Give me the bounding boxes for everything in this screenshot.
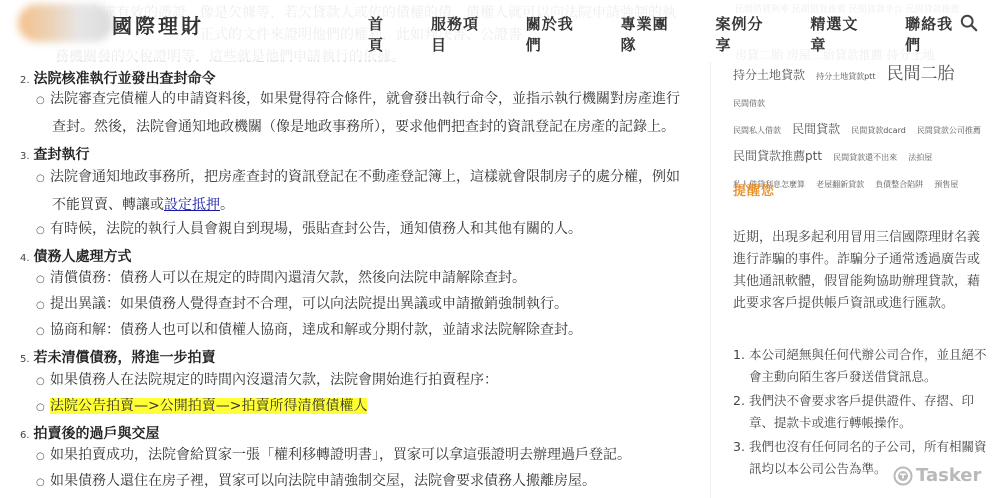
tag-link[interactable]: 民間貸款dcard [851,126,906,135]
bullet-icon: ○ [36,470,50,496]
tag-link[interactable]: 法拍屋 [908,153,932,162]
nav-home[interactable]: 首頁 [368,13,400,55]
watermark: Tasker [893,465,981,486]
tag-link[interactable]: 負債整合陷阱 [875,180,923,189]
bullet-icon: ○ [36,369,50,395]
nav-cases[interactable]: 案例分享 [715,13,779,55]
article-content: 2.法院核准執行並發出查封命令 ○法院審查完債權人的申請資料後，如果覺得符合條件… [0,62,705,498]
sidebar-tag-cloud: 持分土地貸款 持分土地貸款ptt 民間二胎 民間借款 民間私人借款 民間貸款 民… [733,62,993,197]
list-item: ○清償債務：債務人可以在規定的時間內還清欠款，然後向法院申請解除查封。 [36,265,686,293]
bullet-icon: ○ [36,395,50,421]
nav-articles[interactable]: 精選文章 [810,13,874,55]
section-heading: 4.債務人處理方式 [20,246,132,266]
list-item: ○如果債務人還住在房子裡，買家可以向法院申請強制交屋，法院會要求債務人搬離房屋。 [36,468,686,496]
list-item: ○法院公告拍賣—>公開拍賣—>拍賣所得清償債權人 [36,393,686,421]
bullet-icon: ○ [36,267,50,293]
section-title: 若未清償債務，將進一步拍賣 [34,347,216,367]
bullet-icon: ○ [36,293,50,319]
bullet-icon: ○ [36,166,50,192]
list-item: ○有時候，法院的執行人員會親自到現場，張貼查封公告，通知債務人和其他有關的人。 [36,216,686,244]
list-item: ○法院會通知地政事務所，把房產查封的資訊登記在不動產登記簿上，這樣就會限制房子的… [36,164,686,218]
section-heading: 3.查封執行 [20,144,90,164]
reminder-body: 近期，出現多起利用冒用三信國際理財名義進行詐騙的事件。詐騙分子通常透過廣告或其他… [733,227,983,315]
tag-link[interactable]: 持分土地貸款 [733,68,805,82]
main-nav: 首頁 服務項目 關於我們 專業團隊 案例分享 精選文章 聯絡我們 [368,13,1000,55]
brand-name[interactable]: 國際理財 [112,10,204,39]
section-title: 法院核准執行並發出查封命令 [34,68,216,88]
mortgage-link[interactable]: 設定抵押 [164,197,220,213]
reminder-item: 2.我們決不會要求客戶提供證件、存摺、印章、提款卡或進行轉帳操作。 [733,390,988,434]
list-item: ○如果債務人在法院規定的時間內沒還清欠款，法院會開始進行拍賣程序： [36,367,686,395]
logo-image[interactable] [18,4,113,42]
nav-services[interactable]: 服務項目 [431,13,495,55]
section-heading: 2.法院核准執行並發出查封命令 [20,68,216,88]
list-item: ○如果拍賣成功，法院會給買家一張「權利移轉證明書」，買家可以拿這張證明去辦理過戶… [36,442,686,470]
tag-link[interactable]: 民間貸款還不出來 [833,153,897,162]
bullet-icon: ○ [36,88,50,114]
bullet-icon: ○ [36,319,50,345]
bullet-icon: ○ [36,218,50,244]
tag-link[interactable]: 老屋翻新貸款 [816,180,864,189]
section-heading: 5.若未清償債務，將進一步拍賣 [20,347,216,367]
tag-link[interactable]: 民間二胎 [887,64,955,84]
bullet-icon: ○ [36,444,50,470]
tag-link[interactable]: 民間貸款 [792,122,840,136]
tag-link[interactable]: 預售屋 [934,180,958,189]
reminder-item: 1.本公司絕無與任何代辦公司合作，並且絕不會主動向陌生客戶發送借貸訊息。 [733,344,988,388]
section-title: 拍賣後的過戶與交屋 [34,423,160,443]
site-header: 國際理財 首頁 服務項目 關於我們 專業團隊 案例分享 精選文章 聯絡我們 [0,0,1000,60]
reminder-list: 1.本公司絕無與任何代辦公司合作，並且絕不會主動向陌生客戶發送借貸訊息。 2.我… [733,344,988,482]
tag-link[interactable]: 民間私人借款 [733,126,781,135]
list-item: ○協商和解：債務人也可以和債權人協商，達成和解或分期付款，並請求法院解除查封。 [36,317,686,345]
section-title: 債務人處理方式 [34,246,132,266]
list-item: ○提出異議：如果債務人覺得查封不合理，可以向法院提出異議或申請撤銷強制執行。 [36,291,686,319]
tag-link[interactable]: 民間貸款推薦ptt [733,149,822,163]
tag-link[interactable]: 民間借款 [733,99,765,108]
list-item: ○法院審查完債權人的申請資料後，如果覺得符合條件，就會發出執行命令，並指示執行機… [36,86,686,140]
column-divider [710,62,711,498]
reminder-title: 提醒您 [733,180,775,199]
tag-link[interactable]: 民間貸款公司推薦 [917,126,981,135]
nav-about[interactable]: 關於我們 [526,13,590,55]
tag-link[interactable]: 持分土地貸款ptt [816,72,875,81]
search-icon[interactable] [960,14,978,32]
highlighted-text: 法院公告拍賣—>公開拍賣—>拍賣所得清償債權人 [50,398,367,414]
section-title: 查封執行 [34,144,90,164]
section-heading: 6.拍賣後的過戶與交屋 [20,423,160,443]
nav-team[interactable]: 專業團隊 [621,13,685,55]
tasker-logo-icon [893,466,913,486]
